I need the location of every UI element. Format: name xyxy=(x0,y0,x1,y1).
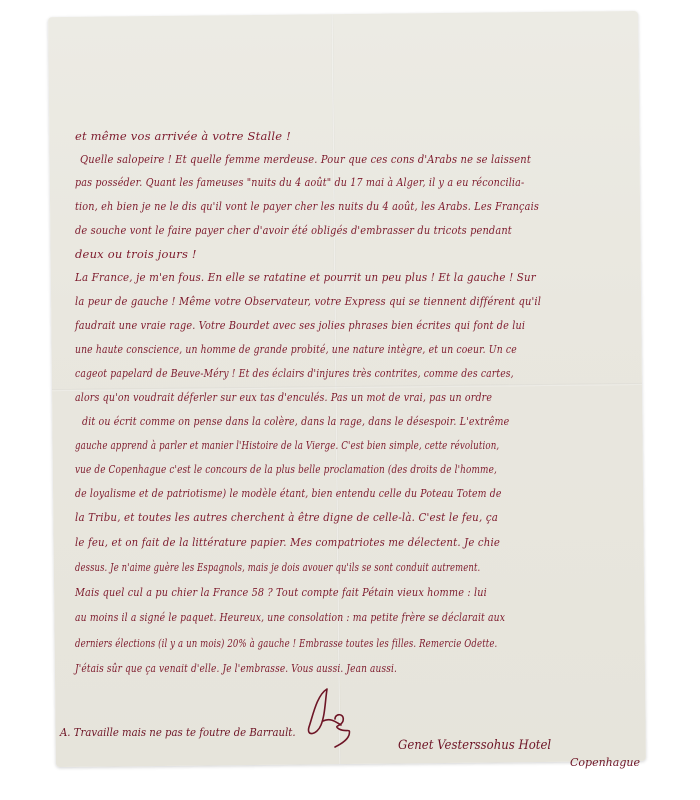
letter-line: alors qu'on voudrait déferler sur eux ta… xyxy=(75,390,492,404)
letter-line: faudrait une vraie rage. Votre Bourdet a… xyxy=(75,318,525,332)
letter-line: dessus. Je n'aime guère les Espagnols, m… xyxy=(75,560,480,574)
signature-mark xyxy=(305,685,375,750)
sender-city: Copenhague xyxy=(570,756,640,769)
letter-line: cageot papelard de Beuve-Méry ! Et des é… xyxy=(75,366,514,380)
postscript: A. Travaille mais ne pas te foutre de Ba… xyxy=(60,726,296,739)
letter-line: dit ou écrit comme on pense dans la colè… xyxy=(82,414,509,428)
letter-line: vue de Copenhague c'est le concours de l… xyxy=(75,462,497,476)
letter-body: et même vos arrivée à votre Stalle ! Que… xyxy=(0,0,700,800)
letter-line: gauche apprend à parler et manier l'Hist… xyxy=(75,438,499,452)
letter-line: le feu, et on fait de la littérature pap… xyxy=(75,535,500,549)
sender-address: Genet Vesterssohus Hotel xyxy=(398,738,551,753)
letter-line: deux ou trois jours ! xyxy=(75,247,197,261)
letter-line: derniers élections (il y a un mois) 20% … xyxy=(75,636,497,650)
letter-line: la peur de gauche ! Même votre Observate… xyxy=(75,294,541,308)
letter-line: Quelle salopeire ! Et quelle femme merde… xyxy=(80,152,531,166)
letter-line: une haute conscience, un homme de grande… xyxy=(75,342,517,356)
letter-line: au moins il a signé le paquet. Heureux, … xyxy=(75,610,505,624)
letter-line: Mais quel cul a pu chier la France 58 ? … xyxy=(75,585,487,599)
letter-line: de loyalisme et de patriotisme) le modèl… xyxy=(75,486,502,500)
letter-line: La France, je m'en fous. En elle se rata… xyxy=(75,270,536,284)
letter-line: et même vos arrivée à votre Stalle ! xyxy=(75,129,291,143)
letter-line: J'étais sûr que ça venait d'elle. Je l'e… xyxy=(75,661,397,675)
letter-line: de souche vont le faire payer cher d'avo… xyxy=(75,223,512,237)
letter-line: tion, eh bien je ne le dis qu'il vont le… xyxy=(75,199,539,213)
letter-line: la Tribu, et toutes les autres cherchent… xyxy=(75,510,498,524)
letter-line: pas posséder. Quant les fameuses "nuits … xyxy=(75,175,524,189)
